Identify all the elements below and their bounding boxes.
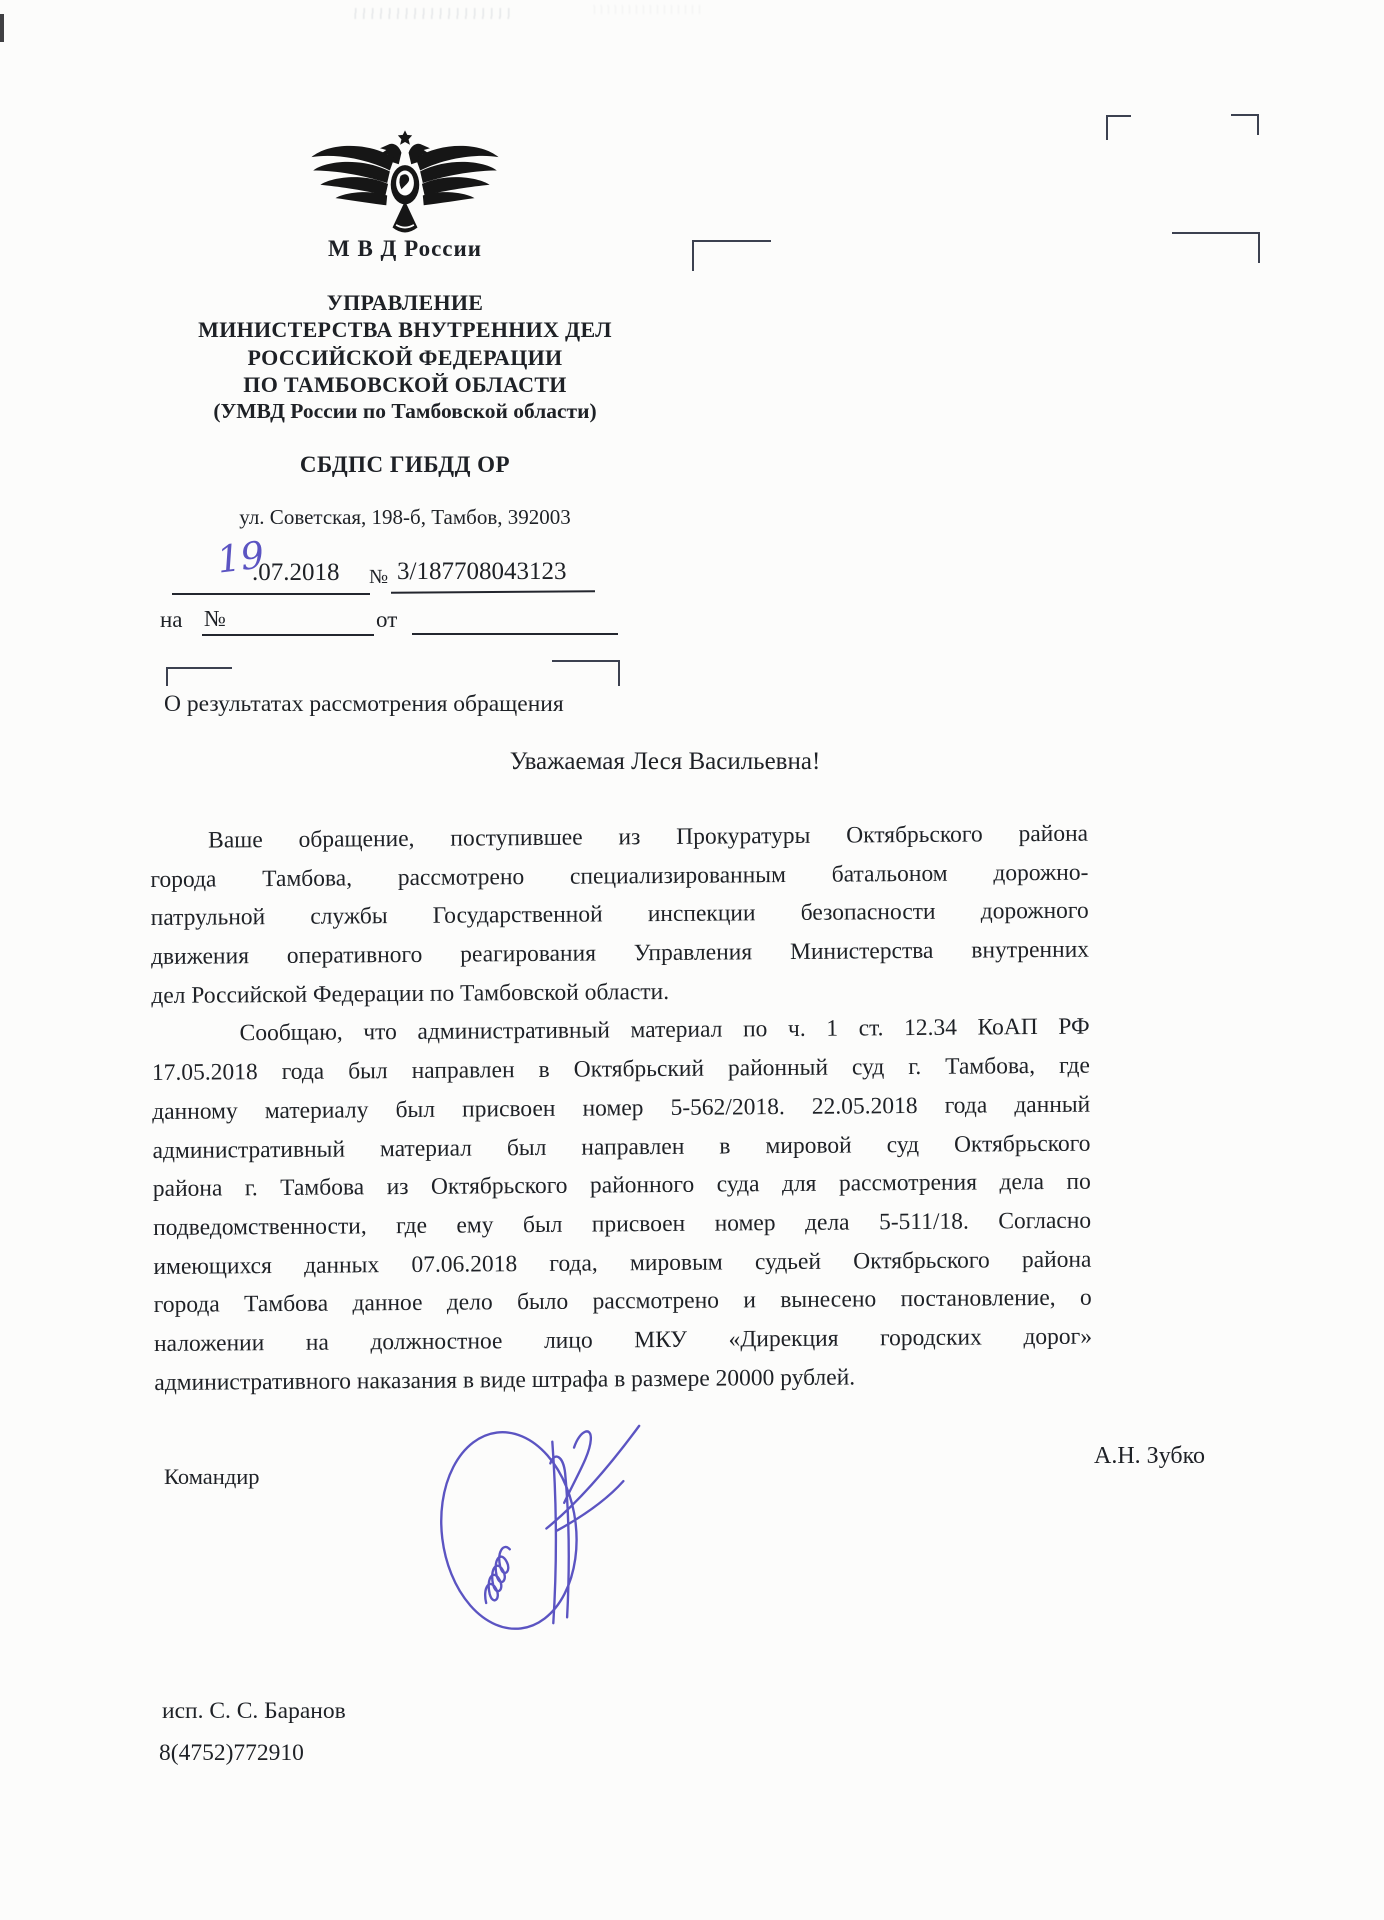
org-name-line: РОССИЙСКОЙ ФЕДЕРАЦИИ: [190, 344, 620, 371]
corner-mark: [166, 667, 232, 686]
corner-mark: [1106, 115, 1131, 140]
letter-date: .07.2018: [252, 559, 340, 587]
letter-body: Ваше обращение, поступившее из Прокурату…: [150, 821, 1093, 1409]
mvd-emblem-icon: [307, 128, 503, 238]
scan-smudge: [348, 8, 516, 19]
date-underline: [172, 593, 370, 595]
org-short-name: (УМВД России по Тамбовской области): [190, 399, 620, 424]
body-line: административного наказания в виде штраф…: [154, 1362, 1092, 1408]
signer-name: А.Н. Зубко: [1094, 1443, 1205, 1470]
signature-scribble: [428, 1412, 650, 1644]
executor-name: исп. С. С. Баранов: [162, 1698, 346, 1725]
number-underline: [391, 590, 595, 593]
scan-smudge: [588, 5, 706, 14]
scanned-letter-page: М В Д России УПРАВЛЕНИЕ МИНИСТЕРСТВА ВНУ…: [0, 0, 1384, 1920]
scan-edge-artifact: [0, 14, 4, 42]
org-address: ул. Советская, 198-б, Тамбов, 392003: [190, 505, 620, 530]
executor-phone: 8(4752)772910: [159, 1740, 304, 1767]
corner-mark: [1172, 232, 1260, 263]
org-name-line: УПРАВЛЕНИЕ: [190, 289, 620, 316]
reply-number-underline: [202, 634, 374, 636]
org-name-line: МИНИСТЕРСТВА ВНУТРЕННИХ ДЕЛ: [190, 316, 620, 343]
reply-date-label: от: [376, 607, 397, 633]
subject-line: О результатах рассмотрения обращения: [164, 691, 684, 718]
corner-mark: [692, 240, 771, 271]
signer-position: Командир: [164, 1464, 260, 1490]
org-name-line: ПО ТАМБОВСКОЙ ОБЛАСТИ: [190, 371, 620, 398]
corner-mark: [1231, 114, 1259, 135]
salutation: Уважаемая Леся Васильевна!: [150, 748, 1180, 776]
reply-number-sign: №: [204, 606, 226, 632]
unit-name: СБДПС ГИБДД ОР: [190, 452, 620, 478]
reply-prefix: на: [160, 607, 183, 633]
ministry-abbrev: М В Д России: [190, 236, 620, 262]
outgoing-number: 3/187708043123: [397, 558, 566, 586]
corner-mark: [552, 660, 620, 686]
reply-date-underline: [412, 633, 618, 635]
number-sign: №: [369, 566, 388, 589]
org-name: УПРАВЛЕНИЕ МИНИСТЕРСТВА ВНУТРЕННИХ ДЕЛ Р…: [190, 289, 620, 399]
